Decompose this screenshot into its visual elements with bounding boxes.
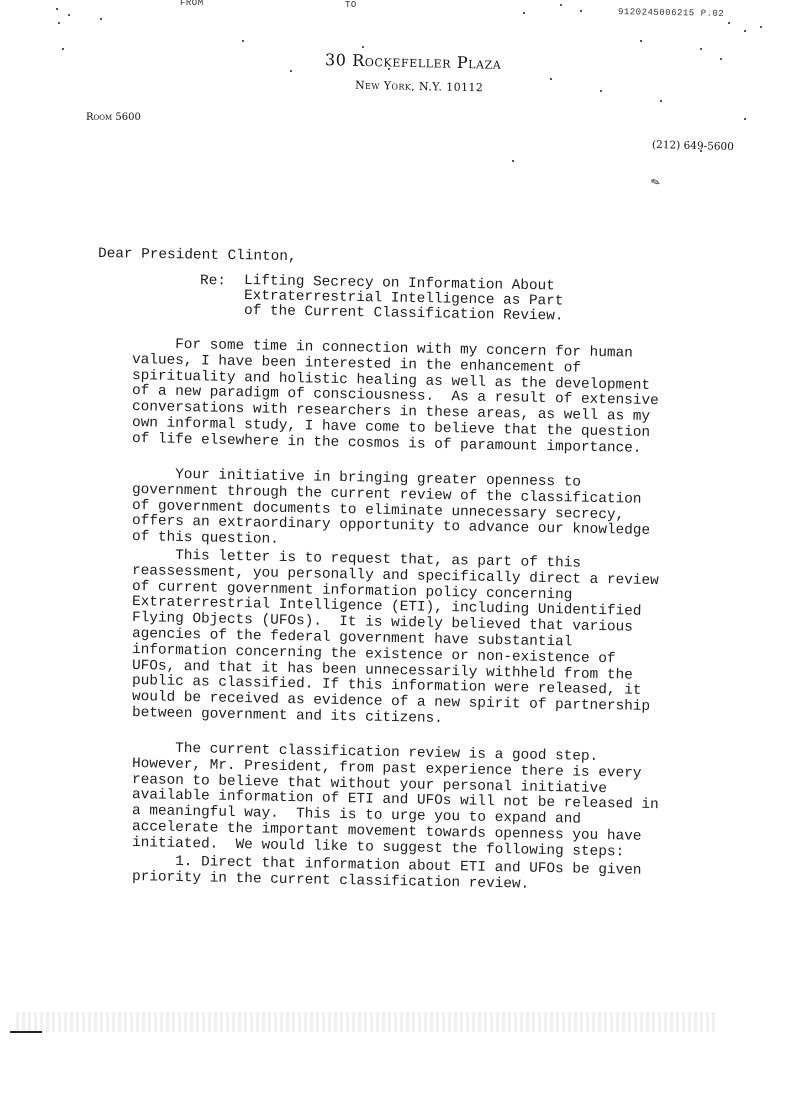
scan-speck — [760, 26, 762, 28]
paragraph-line: of this question. — [132, 529, 279, 548]
scan-speck — [56, 8, 58, 10]
scan-speck — [660, 100, 662, 102]
scan-speck — [580, 10, 582, 12]
scan-speck — [744, 30, 746, 32]
footer-rule — [10, 1031, 42, 1033]
fax-header-page: 9120245006215 P.02 — [618, 7, 724, 19]
illegible-footer-line — [16, 1012, 716, 1032]
letterhead-city: New York, N.Y. 10112 — [355, 79, 483, 95]
scan-speck — [700, 48, 702, 50]
scan-speck — [728, 22, 730, 24]
pen-mark: ✎ — [649, 175, 662, 190]
fax-header-from: FROM — [180, 0, 204, 8]
scan-speck — [523, 12, 525, 14]
letterhead-phone: (212) 649-5600 — [652, 139, 734, 153]
scan-speck — [600, 90, 602, 92]
scan-speck — [560, 4, 562, 6]
scan-speck — [68, 14, 70, 16]
scan-speck — [242, 40, 244, 42]
subject-label: Re: — [200, 273, 226, 289]
fax-header-to: TO — [345, 0, 357, 10]
scan-speck — [62, 48, 64, 50]
scan-speck — [512, 160, 514, 162]
salutation: Dear President Clinton, — [98, 246, 297, 265]
letter-page: FROM TO 9120245006215 P.02 30 Rockefelle… — [0, 0, 800, 1104]
scan-speck — [640, 40, 642, 42]
scan-speck — [550, 78, 552, 80]
letterhead-street: 30 Rockefeller Plaza — [325, 50, 502, 73]
scan-speck — [290, 70, 292, 72]
letterhead-room: Room 5600 — [86, 112, 141, 123]
scan-speck — [744, 118, 746, 120]
scan-speck — [362, 46, 364, 48]
scan-speck — [100, 18, 102, 20]
scan-speck — [720, 58, 722, 60]
scan-speck — [58, 22, 60, 24]
